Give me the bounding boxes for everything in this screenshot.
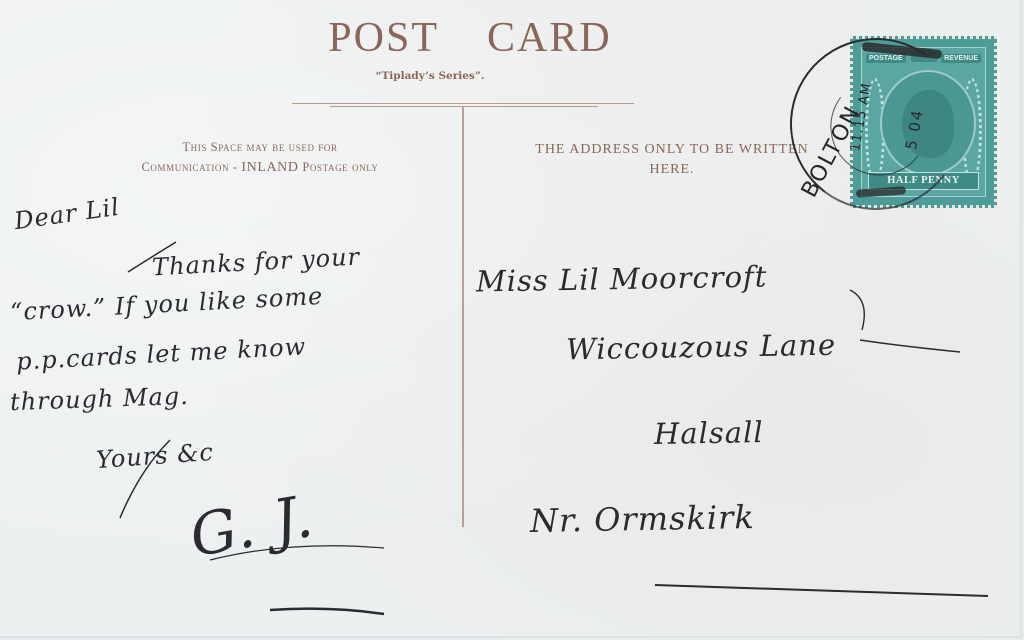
- address-underline: [655, 585, 988, 596]
- postcard-back: POSTCARD “Tiplady’s Series”. This Space …: [0, 0, 1022, 638]
- stamp-ribbon-revenue: REVENUE: [941, 54, 981, 63]
- signature-underline: [270, 609, 384, 614]
